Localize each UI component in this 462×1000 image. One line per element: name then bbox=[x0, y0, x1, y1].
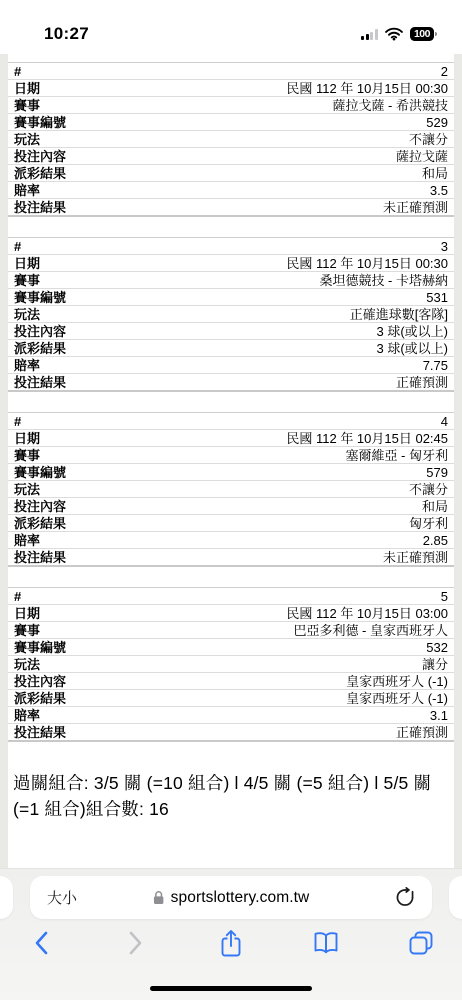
row-value: 正確進球數[客隊] bbox=[350, 306, 448, 323]
row-label: 投注結果 bbox=[14, 374, 66, 391]
table-row: 派彩結果3 球(或以上) bbox=[8, 339, 454, 356]
row-value: 民國 112 年 10月15日 02:45 bbox=[286, 430, 448, 447]
row-label: 賽事編號 bbox=[14, 464, 66, 481]
row-label: 賽事 bbox=[14, 272, 40, 289]
table-row: 投注結果正確預測 bbox=[8, 373, 454, 390]
text-size-button[interactable]: 大小 bbox=[47, 887, 77, 908]
row-value: 民國 112 年 10月15日 00:30 bbox=[286, 255, 448, 272]
table-row: #4 bbox=[8, 412, 454, 429]
clock: 10:27 bbox=[44, 24, 89, 44]
row-label: 賽事編號 bbox=[14, 289, 66, 306]
row-value: 不讓分 bbox=[409, 131, 448, 148]
row-value: 3 球(或以上) bbox=[376, 340, 448, 357]
book-icon[interactable] bbox=[311, 928, 341, 958]
row-label: 投注結果 bbox=[14, 549, 66, 566]
row-label: 日期 bbox=[14, 605, 40, 622]
row-label: 日期 bbox=[14, 255, 40, 272]
row-value: 和局 bbox=[422, 498, 448, 515]
row-value: 529 bbox=[426, 114, 448, 131]
tabs-icon[interactable] bbox=[406, 928, 436, 958]
row-value: 正確預測 bbox=[396, 724, 448, 741]
row-label: 投注內容 bbox=[14, 323, 66, 340]
row-value: 2.85 bbox=[423, 532, 448, 549]
row-value: 3.1 bbox=[430, 707, 448, 724]
table-row: 日期民國 112 年 10月15日 00:30 bbox=[8, 254, 454, 271]
row-value: 579 bbox=[426, 464, 448, 481]
row-value: 532 bbox=[426, 639, 448, 656]
table-row: 投注內容皇家西班牙人 (-1) bbox=[8, 672, 454, 689]
wifi-icon bbox=[385, 27, 403, 41]
bet-record-table: #3 日期民國 112 年 10月15日 00:30 賽事桑坦德競技 - 卡塔赫… bbox=[8, 237, 454, 392]
table-row: #2 bbox=[8, 62, 454, 79]
table-row: 賽事桑坦德競技 - 卡塔赫納 bbox=[8, 271, 454, 288]
row-value: 皇家西班牙人 (-1) bbox=[346, 673, 448, 690]
row-value: 皇家西班牙人 (-1) bbox=[346, 690, 448, 707]
row-label: 賽事編號 bbox=[14, 114, 66, 131]
safari-bottom-bar: 大小 sportslottery.com.tw bbox=[0, 868, 462, 1000]
row-value: 桑坦德競技 - 卡塔赫納 bbox=[319, 272, 448, 289]
table-row: 投注結果正確預測 bbox=[8, 723, 454, 740]
table-row: 賽事編號532 bbox=[8, 638, 454, 655]
table-row: 玩法正確進球數[客隊] bbox=[8, 305, 454, 322]
row-value: 和局 bbox=[422, 165, 448, 182]
row-label: 賽事編號 bbox=[14, 639, 66, 656]
table-row: 賠率3.1 bbox=[8, 706, 454, 723]
row-label: 派彩結果 bbox=[14, 165, 66, 182]
table-row: 賽事巴亞多利德 - 皇家西班牙人 bbox=[8, 621, 454, 638]
row-label: 賽事 bbox=[14, 97, 40, 114]
battery-icon: 100 bbox=[410, 27, 434, 41]
row-label: 投注內容 bbox=[14, 148, 66, 165]
reload-icon[interactable] bbox=[395, 887, 415, 908]
row-value: 讓分 bbox=[422, 656, 448, 673]
status-icons: 100 bbox=[361, 27, 434, 41]
table-row: 賽事編號529 bbox=[8, 113, 454, 130]
table-row: 賠率2.85 bbox=[8, 531, 454, 548]
row-label: 派彩結果 bbox=[14, 340, 66, 357]
table-row: 投注結果未正確預測 bbox=[8, 198, 454, 215]
row-label: # bbox=[14, 63, 21, 80]
row-label: # bbox=[14, 413, 21, 430]
row-label: 日期 bbox=[14, 430, 40, 447]
row-value: 薩拉戈薩 - 希洪競技 bbox=[332, 97, 448, 114]
row-label: 賠率 bbox=[14, 182, 40, 199]
table-row: 日期民國 112 年 10月15日 00:30 bbox=[8, 79, 454, 96]
row-value: 匈牙利 bbox=[409, 515, 448, 532]
table-row: #5 bbox=[8, 587, 454, 604]
table-row: 投注結果未正確預測 bbox=[8, 548, 454, 565]
table-row: 玩法不讓分 bbox=[8, 130, 454, 147]
row-value: 531 bbox=[426, 289, 448, 306]
previous-tab-stub[interactable] bbox=[0, 876, 13, 919]
row-label: 賠率 bbox=[14, 532, 40, 549]
row-label: 玩法 bbox=[14, 481, 40, 498]
table-row: 玩法不讓分 bbox=[8, 480, 454, 497]
row-value: 薩拉戈薩 bbox=[396, 148, 448, 165]
table-row: 投注內容3 球(或以上) bbox=[8, 322, 454, 339]
table-row: 派彩結果匈牙利 bbox=[8, 514, 454, 531]
row-value: 7.75 bbox=[423, 357, 448, 374]
table-row: 投注內容薩拉戈薩 bbox=[8, 147, 454, 164]
row-value: 4 bbox=[441, 413, 448, 430]
url-text: sportslottery.com.tw bbox=[171, 889, 310, 907]
row-value: 3.5 bbox=[430, 182, 448, 199]
row-value: 2 bbox=[441, 63, 448, 80]
address-bar-row: 大小 sportslottery.com.tw bbox=[0, 869, 462, 926]
row-label: 派彩結果 bbox=[14, 690, 66, 707]
iphone-screen: 10:27 100 #2 日期民國 112 年 10月15日 00:30 賽事薩… bbox=[0, 0, 462, 1000]
row-label: 玩法 bbox=[14, 656, 40, 673]
status-bar: 10:27 100 bbox=[0, 0, 462, 54]
row-value: 塞爾維亞 - 匈牙利 bbox=[345, 447, 448, 464]
table-row: 派彩結果皇家西班牙人 (-1) bbox=[8, 689, 454, 706]
row-label: 賠率 bbox=[14, 357, 40, 374]
row-value: 3 bbox=[441, 238, 448, 255]
next-tab-stub[interactable] bbox=[449, 876, 462, 919]
row-label: 賽事 bbox=[14, 622, 40, 639]
bet-record-table: #2 日期民國 112 年 10月15日 00:30 賽事薩拉戈薩 - 希洪競技… bbox=[8, 62, 454, 217]
share-icon[interactable] bbox=[216, 928, 246, 958]
table-row: #3 bbox=[8, 237, 454, 254]
safari-toolbar bbox=[0, 926, 462, 958]
parlay-summary-text: 過關組合: 3/5 關 (=10 組合) l 4/5 關 (=5 組合) l 5… bbox=[8, 762, 454, 822]
table-row: 賽事薩拉戈薩 - 希洪競技 bbox=[8, 96, 454, 113]
back-button[interactable] bbox=[26, 928, 56, 958]
address-display[interactable]: sportslottery.com.tw bbox=[153, 889, 310, 907]
row-label: 玩法 bbox=[14, 131, 40, 148]
row-value: 未正確預測 bbox=[383, 199, 448, 216]
table-row: 日期民國 112 年 10月15日 03:00 bbox=[8, 604, 454, 621]
row-label: 投注結果 bbox=[14, 199, 66, 216]
row-label: 投注內容 bbox=[14, 498, 66, 515]
row-label: 投注結果 bbox=[14, 724, 66, 741]
row-value: 民國 112 年 10月15日 03:00 bbox=[286, 605, 448, 622]
table-row: 賽事塞爾維亞 - 匈牙利 bbox=[8, 446, 454, 463]
lock-icon bbox=[153, 890, 165, 905]
row-value: 正確預測 bbox=[396, 374, 448, 391]
cellular-signal-icon bbox=[361, 29, 378, 40]
row-label: 投注內容 bbox=[14, 673, 66, 690]
home-indicator[interactable] bbox=[150, 986, 312, 991]
table-row: 投注內容和局 bbox=[8, 497, 454, 514]
bet-record-table: #5 日期民國 112 年 10月15日 03:00 賽事巴亞多利德 - 皇家西… bbox=[8, 587, 454, 742]
row-label: 賽事 bbox=[14, 447, 40, 464]
row-value: 5 bbox=[441, 588, 448, 605]
forward-button[interactable] bbox=[121, 928, 151, 958]
row-label: # bbox=[14, 238, 21, 255]
table-row: 賠率3.5 bbox=[8, 181, 454, 198]
web-page-content: #2 日期民國 112 年 10月15日 00:30 賽事薩拉戈薩 - 希洪競技… bbox=[0, 54, 462, 868]
table-row: 日期民國 112 年 10月15日 02:45 bbox=[8, 429, 454, 446]
table-row: 派彩結果和局 bbox=[8, 164, 454, 181]
address-bar[interactable]: 大小 sportslottery.com.tw bbox=[30, 876, 432, 919]
row-label: 賠率 bbox=[14, 707, 40, 724]
row-value: 巴亞多利德 - 皇家西班牙人 bbox=[293, 622, 448, 639]
table-row: 賽事編號579 bbox=[8, 463, 454, 480]
row-value: 民國 112 年 10月15日 00:30 bbox=[286, 80, 448, 97]
row-label: 派彩結果 bbox=[14, 515, 66, 532]
bet-record-table: #4 日期民國 112 年 10月15日 02:45 賽事塞爾維亞 - 匈牙利 … bbox=[8, 412, 454, 567]
row-value: 不讓分 bbox=[409, 481, 448, 498]
row-label: 玩法 bbox=[14, 306, 40, 323]
table-row: 賠率7.75 bbox=[8, 356, 454, 373]
row-label: 日期 bbox=[14, 80, 40, 97]
table-row: 玩法讓分 bbox=[8, 655, 454, 672]
row-value: 未正確預測 bbox=[383, 549, 448, 566]
row-label: # bbox=[14, 588, 21, 605]
row-value: 3 球(或以上) bbox=[376, 323, 448, 340]
table-row: 賽事編號531 bbox=[8, 288, 454, 305]
